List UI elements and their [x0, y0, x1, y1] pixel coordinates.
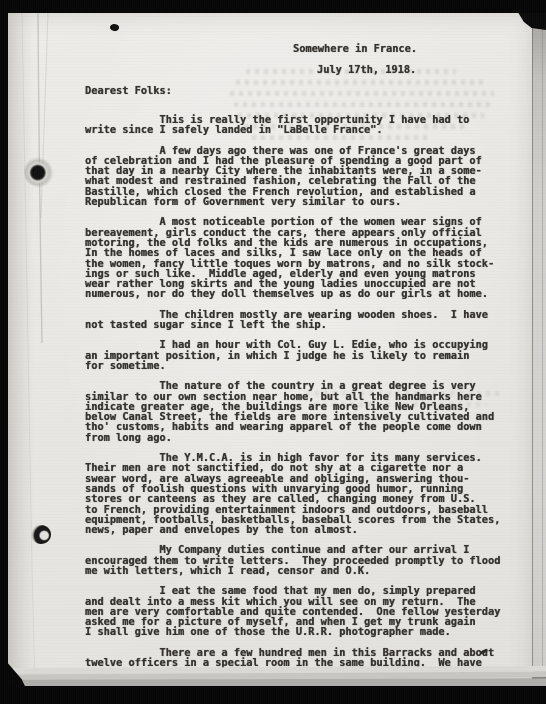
punch-hole-top: [24, 157, 54, 187]
paragraph-9: I eat the same food that my men do, simp…: [85, 586, 527, 637]
date-line: July 17th, 1918.: [317, 65, 416, 75]
paragraph-5: I had an hour with Col. Guy L. Edie, who…: [85, 340, 527, 371]
scan-border-left: [0, 0, 8, 704]
ghost-text-line: [230, 91, 494, 96]
ghost-text-line: [234, 102, 490, 107]
paragraph-6: The nature of the country in a great deg…: [85, 381, 527, 443]
scan-border-bottom: [0, 686, 546, 704]
paragraph-4: The children mostly are wearing wooden s…: [85, 310, 527, 331]
ink-blot: [109, 23, 120, 32]
underlying-page-edge: [532, 13, 546, 670]
punch-hole-bottom: [31, 525, 51, 544]
scanned-letter-page: Somewhere in France. July 17th, 1918. De…: [0, 0, 546, 704]
ghost-text-line: [236, 80, 488, 85]
scan-border-top: [0, 0, 546, 13]
salutation: Dearest Folks:: [85, 86, 172, 96]
paragraph-3: A most noticeable portion of the women w…: [85, 217, 527, 299]
paragraph-1: This is really the first opportunity I h…: [85, 115, 527, 136]
place-line: Somewhere in France.: [293, 44, 417, 54]
paragraph-7: The Y.M.C.A. is in high favor for its ma…: [85, 453, 527, 535]
letter-paper: Somewhere in France. July 17th, 1918. De…: [8, 13, 532, 704]
letter-body: This is really the first opportunity I h…: [85, 115, 527, 668]
paragraph-2: A few days ago there was one of France's…: [85, 146, 527, 208]
paragraph-8: My Company duties continue and after our…: [85, 545, 527, 576]
